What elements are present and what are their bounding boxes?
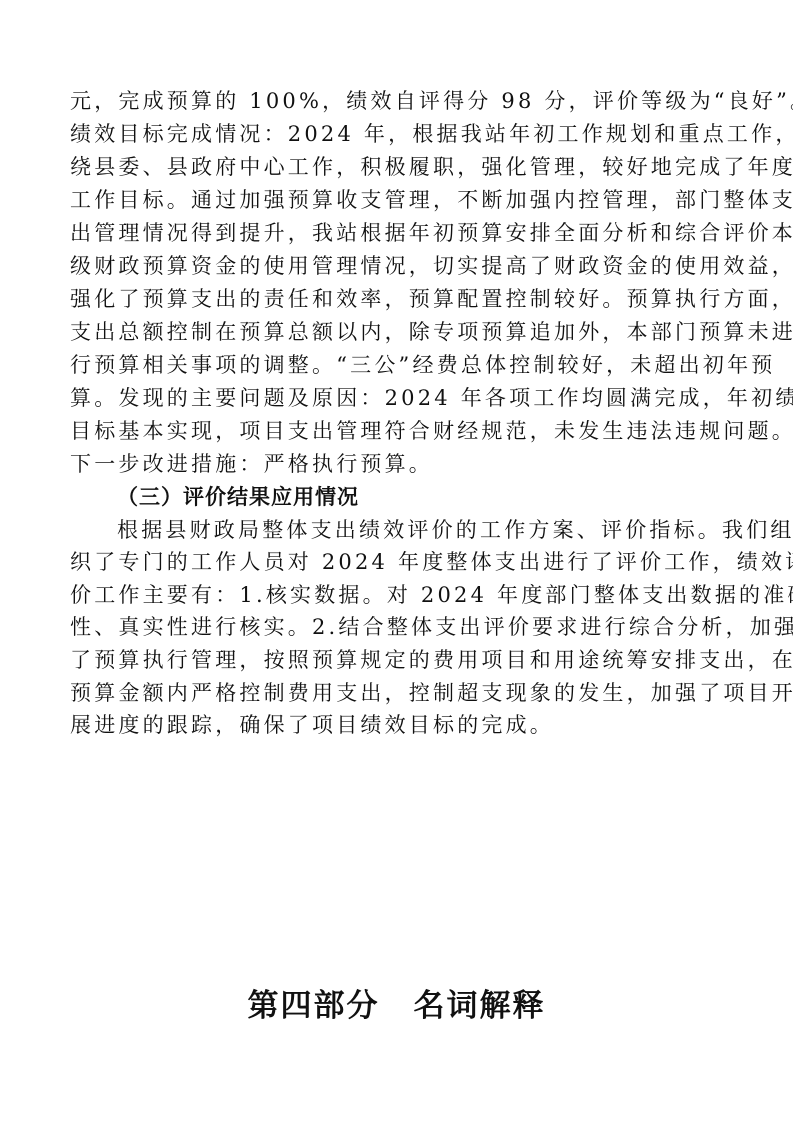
- paragraph-line: 元，完成预算的 100%，绩效自评得分 98 分，评价等级为“良好”。: [70, 85, 726, 118]
- part-heading: 名词解释: [414, 988, 546, 1024]
- paragraph-line: 下一步改进措施：严格执行预算。: [70, 448, 726, 481]
- paragraph-line: 绕县委、县政府中心工作，积极履职，强化管理，较好地完成了年度: [70, 151, 726, 184]
- paragraph-line: 性、真实性进行核实。2.结合整体支出评价要求进行综合分析，加强: [70, 611, 726, 644]
- paragraph-line: 织了专门的工作人员对 2024 年度整体支出进行了评价工作，绩效评: [70, 546, 726, 579]
- paragraph-line: 算。发现的主要问题及原因：2024 年各项工作均圆满完成，年初绩效: [70, 382, 726, 415]
- paragraph-line: 展进度的跟踪，确保了项目绩效目标的完成。: [70, 709, 726, 742]
- paragraph-line: 出管理情况得到提升，我站根据年初预算安排全面分析和综合评价本: [70, 217, 726, 250]
- part-title: 第四部分名词解释: [0, 980, 793, 1025]
- paragraph-line: 级财政预算资金的使用管理情况，切实提高了财政资金的使用效益，: [70, 250, 726, 283]
- body-text: 元，完成预算的 100%，绩效自评得分 98 分，评价等级为“良好”。 绩效目标…: [70, 85, 726, 742]
- paragraph-line: 价工作主要有：1.核实数据。对 2024 年度部门整体支出数据的准确: [70, 579, 726, 612]
- paragraph-line: 根据县财政局整体支出绩效评价的工作方案、评价指标。我们组: [70, 514, 726, 547]
- part-label: 第四部分: [248, 988, 380, 1024]
- paragraph-line: 工作目标。通过加强预算收支管理，不断加强内控管理，部门整体支: [70, 184, 726, 217]
- paragraph-line: 行预算相关事项的调整。“三公”经费总体控制较好，未超出初年预: [70, 349, 726, 382]
- paragraph-line: 目标基本实现，项目支出管理符合财经规范，未发生违法违规问题。: [70, 415, 726, 448]
- paragraph-line: 强化了预算支出的责任和效率，预算配置控制较好。预算执行方面，: [70, 283, 726, 316]
- paragraph-line: 了预算执行管理，按照预算规定的费用项目和用途统筹安排支出，在: [70, 644, 726, 677]
- paragraph-line: 预算金额内严格控制费用支出，控制超支现象的发生，加强了项目开: [70, 677, 726, 710]
- paragraph-line: 支出总额控制在预算总额以内，除专项预算追加外，本部门预算未进: [70, 316, 726, 349]
- section-heading: （三）评价结果应用情况: [70, 481, 726, 514]
- document-page: 元，完成预算的 100%，绩效自评得分 98 分，评价等级为“良好”。 绩效目标…: [0, 0, 793, 1122]
- paragraph-line: 绩效目标完成情况：2024 年，根据我站年初工作规划和重点工作，围: [70, 118, 726, 151]
